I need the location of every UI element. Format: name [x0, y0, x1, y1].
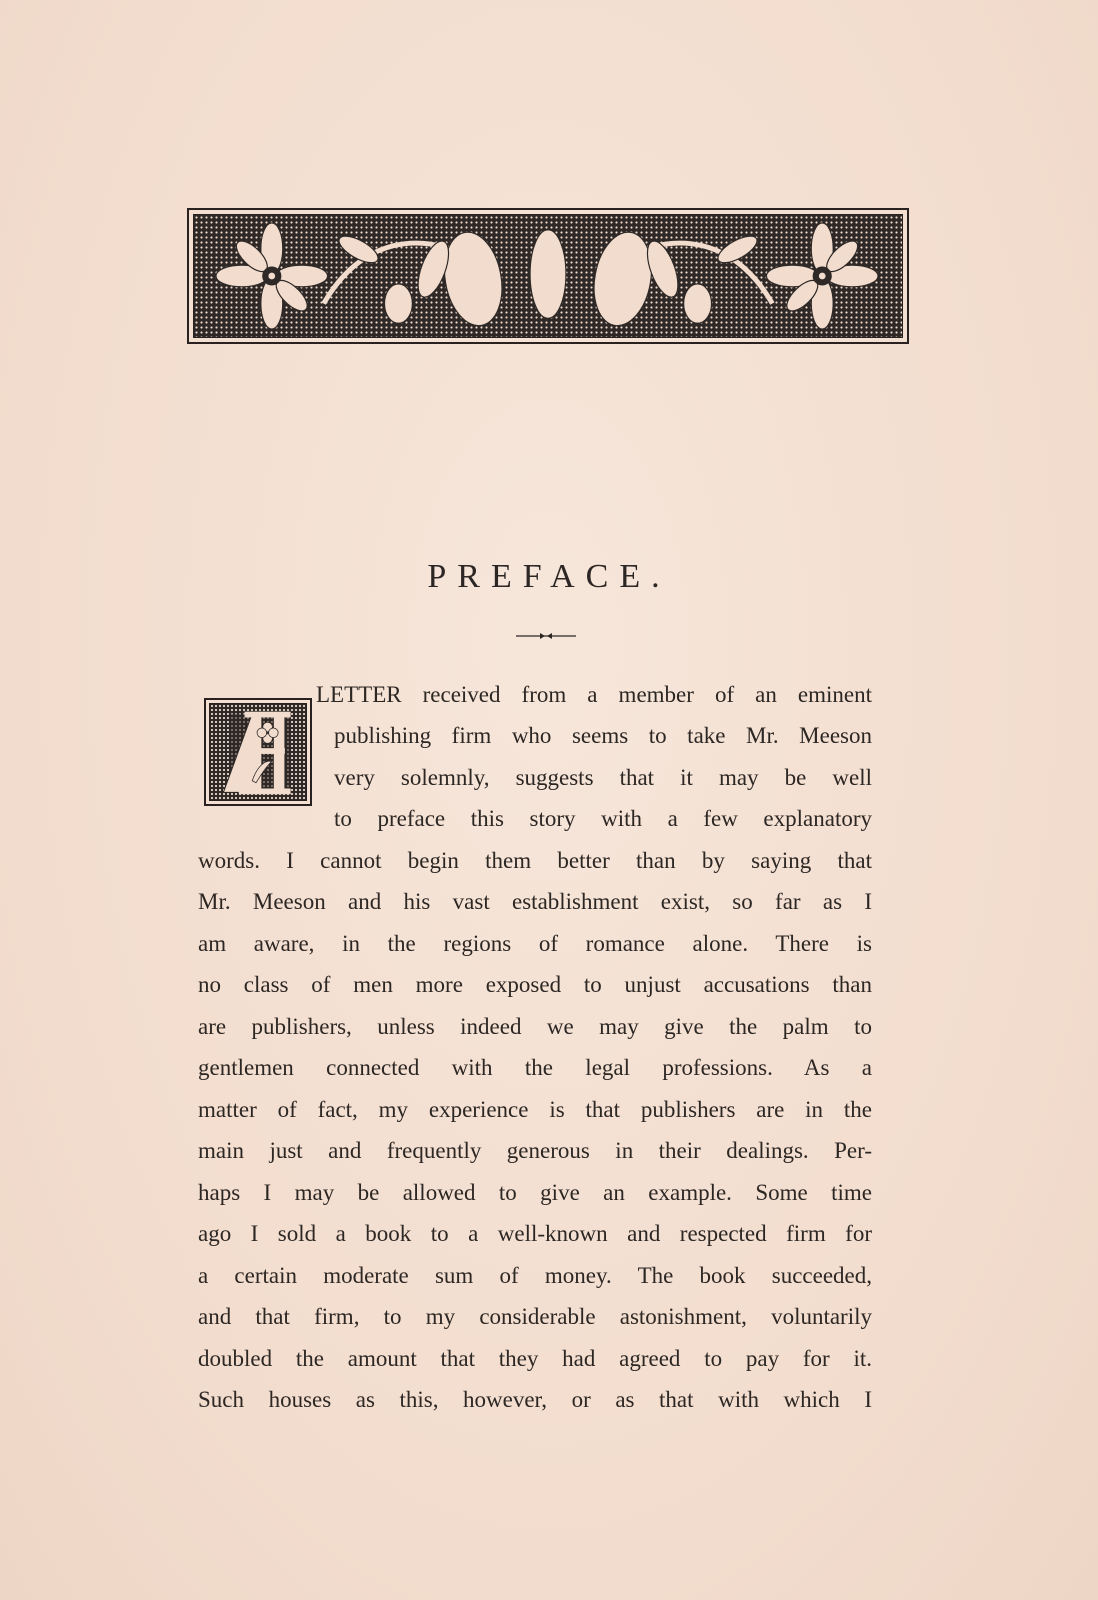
floral-headpiece-ornament: [187, 208, 909, 344]
body-line-15: a certain moderate sum of money. The boo…: [198, 1263, 872, 1289]
body-line-2: publishing firm who seems to take Mr. Me…: [334, 723, 872, 749]
body-line-14: ago I sold a book to a well-known and re…: [198, 1221, 872, 1247]
body-line-12: main just and frequently generous in the…: [198, 1138, 872, 1164]
page-title: PREFACE.: [0, 558, 1098, 596]
body-line-11: matter of fact, my experience is that pu…: [198, 1097, 872, 1123]
headpiece-pattern: [193, 214, 903, 338]
body-line-16: and that firm, to my considerable astoni…: [198, 1304, 872, 1330]
body-line-18: Such houses as this, however, or as that…: [198, 1387, 872, 1413]
body-line-4: to preface this story with a few explana…: [334, 806, 872, 832]
decorated-letter-a-icon: [210, 704, 306, 800]
body-line-17: doubled the amount that they had agreed …: [198, 1346, 872, 1372]
body-line-5: words. I cannot begin them better than b…: [198, 848, 872, 874]
ornamental-rule-icon: [516, 632, 576, 640]
body-line-9: are publishers, unless indeed we may giv…: [198, 1014, 872, 1040]
body-line-13: haps I may be allowed to give an example…: [198, 1180, 872, 1206]
body-line-7: am aware, in the regions of romance alon…: [198, 931, 872, 957]
body-line-10: gentlemen connected with the legal profe…: [198, 1055, 872, 1081]
body-line-8: no class of men more exposed to unjust a…: [198, 972, 872, 998]
floral-vine-icon: [194, 215, 902, 337]
body-line-3: very solemnly, suggests that it may be w…: [334, 765, 872, 791]
drop-cap-initial: [204, 698, 312, 806]
drop-cap-pattern: [209, 703, 307, 801]
body-line-1: LETTER received from a member of an emin…: [316, 682, 872, 708]
body-line-6: Mr. Meeson and his vast establishment ex…: [198, 889, 872, 915]
